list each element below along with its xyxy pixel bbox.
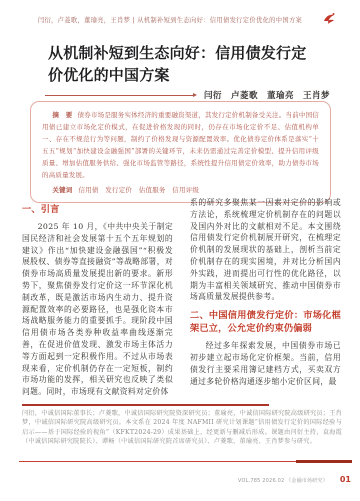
paper-page: 闫衍，卢菱歌，董瑜亮，王肖梦 | 从机制补短到生态向好：信用债发行定价优化的中国… (0, 0, 360, 501)
page-title: 从机制补短到生态向好：信用债发行定价优化的中国方案 (48, 42, 320, 86)
body-columns: 一、引言 2025 年 10 月，《中共中央关于制定国民经济和社会发展第十五个五… (22, 197, 341, 398)
keywords-label: 关键词 (52, 186, 72, 194)
right-column: 系的研究多聚焦某一因素对定价的影响或方法论，系统梳理定价机制存在的问题以及国内外… (190, 197, 341, 398)
journal-info: VOL.785 2026.02 《金融市场研究》 (238, 478, 328, 484)
arrow-right-icon (193, 93, 197, 97)
abstract-text: 债券市场是服务实体经济的重要融资渠道，其发行定价机制备受关注。当前中国信用债已建… (42, 111, 319, 179)
abstract-paragraph: 摘 要债券市场是服务实体经济的重要融资渠道，其发行定价机制备受关注。当前中国信用… (42, 109, 319, 181)
abstract-box: 摘 要债券市场是服务实体经济的重要融资渠道，其发行定价机制备受关注。当前中国信用… (30, 101, 331, 203)
section-heading-introduction: 一、引言 (22, 203, 173, 216)
keywords-text: 信用债 发行定价 估值服务 信用评级 (79, 186, 200, 194)
author-names: 闫衍 卢菱歌 董瑜亮 王肖梦 (204, 89, 330, 101)
abstract-label: 摘 要 (52, 111, 72, 119)
paragraph-pricing: 经过多年探索发展，中国债券市场已初步建立起市场化定价框架。当前，信用债发行主要采… (190, 340, 341, 387)
running-header: 闫衍，卢菱歌，董瑜亮，王肖梦 | 从机制补短到生态向好：信用债发行定价优化的中国… (10, 15, 330, 24)
running-header-text: 闫衍，卢菱歌，董瑜亮，王肖梦 | 从机制补短到生态向好：信用债发行定价优化的中国… (38, 17, 302, 24)
footnote-text: 闫衍，中诚信国际董事长；卢菱歌，中诚信国际研究院资深研究员；董瑜亮，中诚信国际研… (22, 409, 342, 447)
keywords-row: 关键词信用债 发行定价 估值服务 信用评级 (42, 184, 319, 196)
paragraph-continuation: 系的研究多聚焦某一因素对定价的影响或方法论，系统梳理定价机制存在的问题以及国内外… (190, 197, 341, 303)
left-column: 一、引言 2025 年 10 月，《中共中央关于制定国民经济和社会发展第十五个五… (22, 197, 173, 398)
journal-logo-icon (322, 11, 336, 26)
page-footer: VOL.785 2026.02 《金融市场研究》 01 (0, 467, 351, 486)
footnote-divider (22, 404, 269, 406)
authors-row: 闫衍 卢菱歌 董瑜亮 王肖梦 (45, 89, 330, 101)
page-number: 01 (340, 475, 351, 484)
authors-rule (45, 95, 193, 96)
paragraph-intro: 2025 年 10 月，《中共中央关于制定国民经济和社会发展第十五个五年规划的建… (22, 221, 173, 398)
footer-rule-accent (296, 460, 352, 463)
footer-rule (19, 461, 352, 462)
section-heading-pricing: 二、中国信用债发行定价：市场化框架已立，公允定价约束仍偏弱 (190, 309, 341, 335)
